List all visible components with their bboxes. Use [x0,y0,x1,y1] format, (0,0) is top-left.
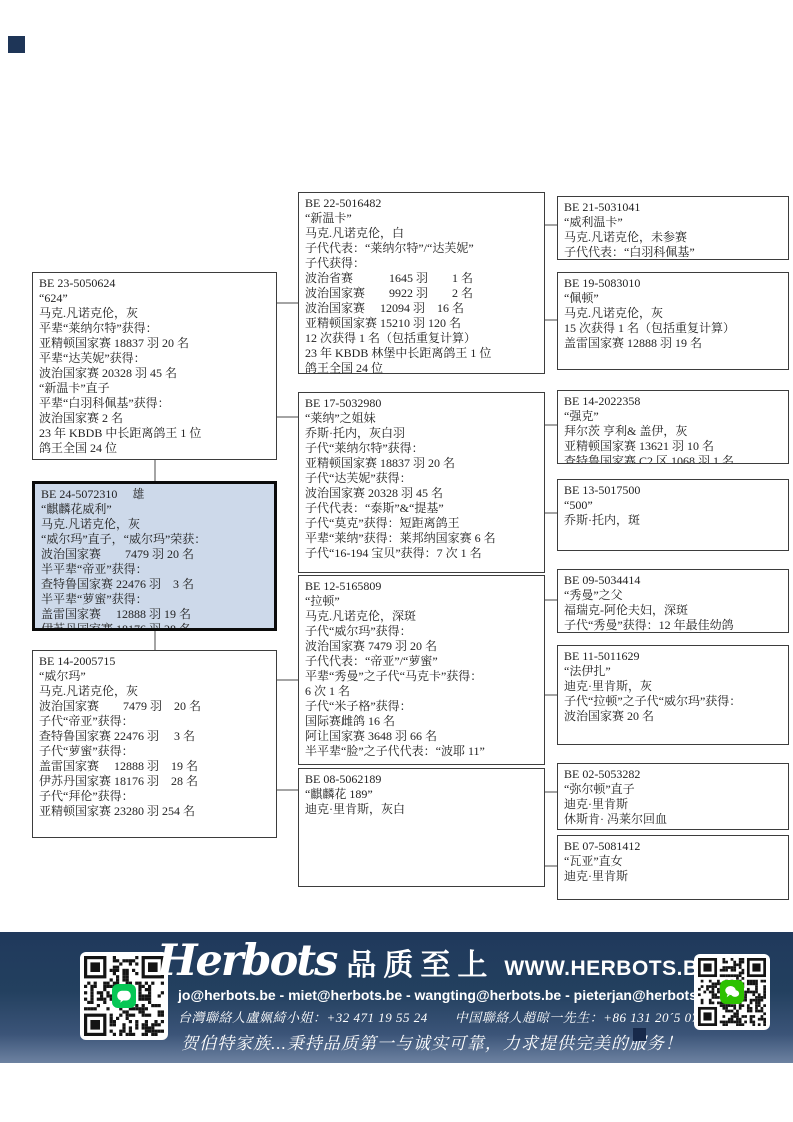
text-line: “瓦亚”直女 [564,854,782,869]
text-line: 波治国家赛 7479 羽 20 名 [305,639,538,654]
text-line: BE 23-5050624 [39,276,270,291]
text-line: 查特鲁国家赛 C2 区 1068 羽 1 名 [564,454,782,464]
text-line: 平辈“达芙妮”获得： [39,351,270,366]
text-line: 盖雷国家赛 12888 羽 19 名 [564,336,782,351]
text-line: 亚精顿国家赛 23280 羽 254 名 [39,804,270,819]
text-line: “624” [39,291,270,306]
text-line: “500” [564,498,782,513]
text-line: 马克.凡诺克伦，未参赛 [564,230,782,245]
text-line: 查特鲁国家赛 22476 羽 3 名 [41,577,268,592]
text-line: BE 14-2022358 [564,394,782,409]
decor-square [633,1028,646,1041]
contact-persons: 台灣聯絡人盧姵綺小姐：+32 471 19 55 24 中国聯絡人趙晾一先生：+… [178,1007,686,1026]
pedigree-box-subject: BE 24-5072310 雄“麒麟花威利”马克.凡诺克伦，灰“威尔玛”直子，“… [32,481,277,631]
pedigree-box-ggp-3: BE 14-2022358“强克”拜尔茨 亨利& 盖伊，灰亚精顿国家赛 1362… [557,390,789,464]
pedigree-box-sire-father: BE 22-5016482“新温卡”马克.凡诺克伦，白子代代表：“莱纳尔特”/“… [298,192,545,374]
text-line: 子代“拜伦”获得： [39,789,270,804]
text-line: “麒麟花 189” [305,787,538,802]
text-line: 马克.凡诺克伦，深斑 [305,609,538,624]
text-line: “威尔玛” [39,669,270,684]
footer-tagline: 贺伯特家族...秉持品质第一与诚实可靠，力求提供完美的服务！ [178,1029,686,1054]
pedigree-box-dam-father: BE 12-5165809“拉顿”马克.凡诺克伦，深斑子代“威尔玛”获得：波治国… [298,575,545,765]
text-line: 波治国家赛 12094 羽 16 名 [305,301,538,316]
text-line: “佩顿” [564,291,782,306]
text-line: 23 年 KBDB 中长距离鸽王 1 位 [39,426,270,441]
text-line: 子代代表：“帝亚”/“萝蜜” [305,654,538,669]
text-line: “新温卡” [305,211,538,226]
text-line: 波治国家赛 7479 羽 20 名 [39,699,270,714]
text-line: 波治国家赛 2 名 [39,411,270,426]
text-line: 亚精顿国家赛 18837 羽 20 名 [305,456,538,471]
text-line: 子代“帝亚”获得： [39,714,270,729]
wechat-icon [720,980,744,1004]
text-line: BE 11-5011629 [564,649,782,664]
text-line: 平辈“白羽科佩基”获得： [39,396,270,411]
pedigree-box-ggp-4: BE 13-5017500“500”乔斯·托内，斑 [557,479,789,551]
text-line: 半平辈“帝亚”获得： [41,562,268,577]
text-line: 平辈“莱纳尔特”获得： [39,321,270,336]
text-line: 子代“拉顿”之子代“威尔玛”获得： [564,694,782,709]
text-line: 鸽王全国 24 位 [39,441,270,456]
text-line: BE 09-5034414 [564,573,782,588]
text-line: BE 14-2005715 [39,654,270,669]
text-line: “秀曼”之父 [564,588,782,603]
text-line: 马克.凡诺克伦，白 [305,226,538,241]
pedigree-box-dam-mother: BE 08-5062189“麒麟花 189”迪克·里肯斯，灰白 [298,768,545,887]
text-line: 迪克·里肯斯 [564,869,782,884]
brand-slogan: 品质至上 [346,940,494,984]
text-line: BE 19-5083010 [564,276,782,291]
text-line: 23 年 KBDB 林堡中长距离鸽王 1 位 [305,346,538,361]
text-line: 15 次获得 1 名（包括重复计算） [564,321,782,336]
pedigree-box-ggp-2: BE 19-5083010“佩顿”马克.凡诺克伦，灰15 次获得 1 名（包括重… [557,272,789,370]
pedigree-box-sire: BE 23-5050624“624”马克.凡诺克伦，灰平辈“莱纳尔特”获得：亚精… [32,272,277,460]
text-line: 鸽王全国 24 位 [305,361,538,374]
text-line: 波治国家赛 20 名 [564,709,782,724]
text-line: 迪克·里肯斯，灰 [564,679,782,694]
text-line: 伊苏丹国家赛 18176 羽 28 名 [39,774,270,789]
pedigree-box-dam: BE 14-2005715“威尔玛”马克.凡诺克伦，灰波治国家赛 7479 羽 … [32,650,277,838]
text-line: 子代代表：“泰斯”&“提基” [305,501,538,516]
text-line: 子代代表：“白羽科佩基” [564,245,782,260]
text-line: BE 02-5053282 [564,767,782,782]
brand-logo: Herbots [157,938,336,984]
text-line: “法伊扎” [564,664,782,679]
qr-code-line [80,952,168,1040]
text-line: BE 08-5062189 [305,772,538,787]
footer-banner: Herbots 品质至上 WWW.HERBOTS.BE jo@herbots.b… [0,932,793,1063]
text-line: 子代“16-194 宝贝”获得：7 次 1 名 [305,546,538,561]
text-line: “拉顿” [305,594,538,609]
website-link[interactable]: WWW.HERBOTS.BE [504,957,713,981]
pedigree-box-sire-mother: BE 17-5032980“莱纳”之姐妹乔斯·托内，灰白羽子代“莱纳尔特”获得：… [298,392,545,573]
text-line: BE 13-5017500 [564,483,782,498]
text-line: 子代代表：“莱纳尔特”/“达芙妮” [305,241,538,256]
text-line: BE 07-5081412 [564,839,782,854]
text-line: 波治国家赛 20328 羽 45 名 [305,486,538,501]
pedigree-page: BE 23-5050624“624”马克.凡诺克伦，灰平辈“莱纳尔特”获得：亚精… [0,0,793,1122]
text-line: 子代“威尔玛”获得： [305,624,538,639]
pedigree-box-ggp-6: BE 11-5011629“法伊扎”迪克·里肯斯，灰子代“拉顿”之子代“威尔玛”… [557,645,789,745]
text-line: 拜尔茨 亨利& 盖伊，灰 [564,424,782,439]
text-line: “强克” [564,409,782,424]
page-corner-mark [8,36,25,53]
text-line: 马克.凡诺克伦，灰 [41,517,268,532]
text-line: 亚精顿国家赛 15210 羽 120 名 [305,316,538,331]
pedigree-box-ggp-1: BE 21-5031041“威利温卡”马克.凡诺克伦，未参赛子代代表：“白羽科佩… [557,196,789,260]
text-line: BE 12-5165809 [305,579,538,594]
text-line: 半平辈“脸”之子代代表：“波耶 11” [305,744,538,759]
text-line: 波治国家赛 7479 羽 20 名 [41,547,268,562]
text-line: 子代获得： [305,256,538,271]
text-line: 伊苏丹国家赛 18176 羽 28 名 [41,622,268,631]
text-line: 子代“莱纳尔特”获得： [305,441,538,456]
text-line: “麒麟花威利” [41,502,268,517]
text-line: 半平辈“萝蜜”获得： [41,592,268,607]
pedigree-box-ggp-8: BE 07-5081412“瓦亚”直女迪克·里肯斯 [557,835,789,900]
text-line: 子代“米子格”获得： [305,699,538,714]
text-line: BE 17-5032980 [305,396,538,411]
text-line: 波治国家赛 9922 羽 2 名 [305,286,538,301]
text-line: 平辈“莱纳”获得：莱邦纳国家赛 6 名 [305,531,538,546]
text-line: 平辈“秀曼”之子代“马克卡”获得： [305,669,538,684]
text-line: 子代“萝蜜”获得： [39,744,270,759]
text-line: 休斯肯· 冯莱尔回血 [564,812,782,827]
text-line: 波治省赛 1645 羽 1 名 [305,271,538,286]
text-line: 12 次获得 1 名（包括重复计算） [305,331,538,346]
text-line: 阿让国家赛 3648 羽 66 名 [305,729,538,744]
text-line: 福瑞克-阿伦夫妇，深斑 [564,603,782,618]
text-line: BE 21-5031041 [564,200,782,215]
pedigree-box-ggp-7: BE 02-5053282“弥尔顿”直子迪克·里肯斯休斯肯· 冯莱尔回血 [557,763,789,830]
text-line: 盖雷国家赛 12888 羽 19 名 [41,607,268,622]
text-line: 国际赛雌鸽 16 名 [305,714,538,729]
text-line: 迪克·里肯斯，灰白 [305,802,538,817]
text-line: 子代“达芙妮”获得： [305,471,538,486]
text-line: 查特鲁国家赛 22476 羽 3 名 [39,729,270,744]
text-line: 乔斯·托内，灰白羽 [305,426,538,441]
line-app-icon [112,984,136,1008]
text-line: 亚精顿国家赛 13621 羽 10 名 [564,439,782,454]
text-line: BE 24-5072310 雄 [41,487,268,502]
text-line: “弥尔顿”直子 [564,782,782,797]
text-line: 6 次 1 名 [305,684,538,699]
text-line: “威尔玛”直子，“威尔玛”荣获： [41,532,268,547]
text-line: 马克.凡诺克伦，灰 [39,306,270,321]
text-line: “莱纳”之姐妹 [305,411,538,426]
qr-code-wechat [694,954,770,1030]
text-line: 马克.凡诺克伦，灰 [564,306,782,321]
text-line: 子代“秀曼”获得：12 年最佳幼鸽 [564,618,782,633]
text-line: 迪克·里肯斯 [564,797,782,812]
pedigree-box-ggp-5: BE 09-5034414“秀曼”之父福瑞克-阿伦夫妇，深斑子代“秀曼”获得：1… [557,569,789,633]
text-line: 马克.凡诺克伦，灰 [39,684,270,699]
text-line: “新温卡”直子 [39,381,270,396]
text-line: 亚精顿国家赛 18837 羽 20 名 [39,336,270,351]
text-line: “威利温卡” [564,215,782,230]
text-line: 波治国家赛 20328 羽 45 名 [39,366,270,381]
text-line: 盖雷国家赛 12888 羽 19 名 [39,759,270,774]
text-line: BE 22-5016482 [305,196,538,211]
email-links[interactable]: jo@herbots.be - miet@herbots.be - wangti… [178,987,686,1003]
text-line: 乔斯·托内，斑 [564,513,782,528]
text-line: 子代“莫克”获得：短距离鸽王 [305,516,538,531]
